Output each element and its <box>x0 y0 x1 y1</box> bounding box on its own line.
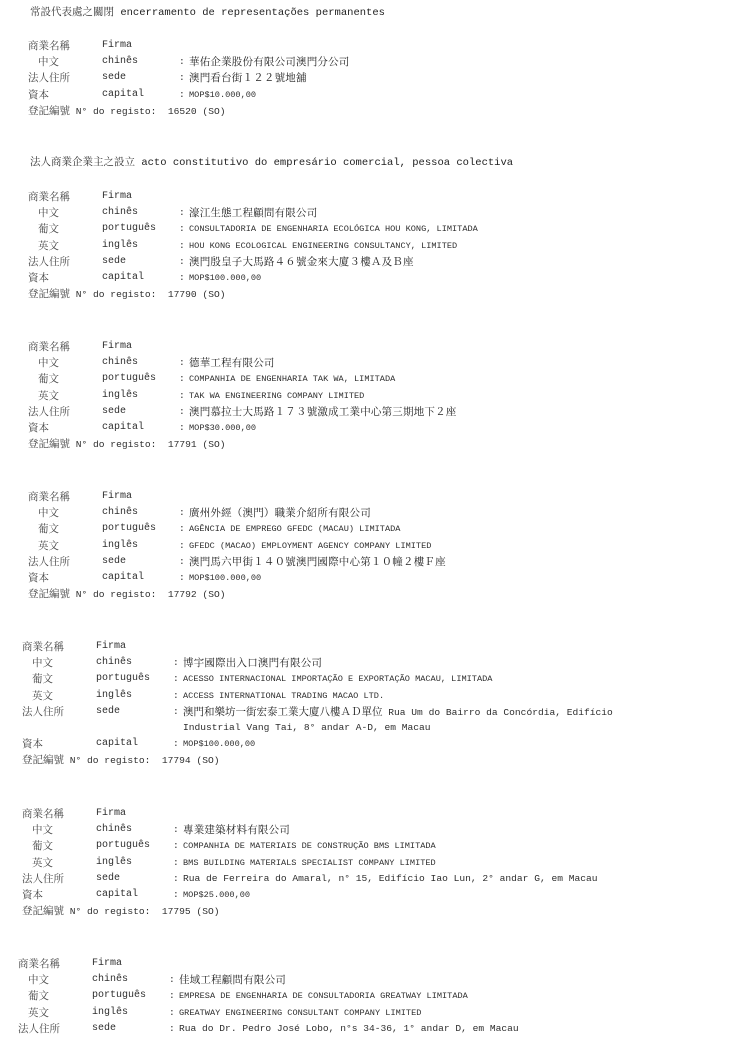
label-sede-zh: 法人住所 <box>28 70 70 86</box>
colon: : <box>173 855 179 871</box>
label-sede-pt: sede <box>102 404 126 420</box>
label-sede-zh: 法人住所 <box>28 254 70 270</box>
value-capital: MOP$10.000,00 <box>189 87 256 103</box>
label-capital-pt: capital <box>102 570 144 586</box>
label-portugues-pt: português <box>102 221 156 237</box>
heading-zh: 常設代表處之關閉 <box>30 6 114 18</box>
colon: : <box>179 238 185 254</box>
colon: : <box>179 505 185 521</box>
label-chines-pt: chinês <box>92 972 128 988</box>
value-sede-line2: Industrial Vang Tai, 8° andar A-D, em Ma… <box>183 720 431 736</box>
value-sede: 澳門馬六甲街１４０號澳門國際中心第１０幢２樓Ｆ座 <box>189 554 446 570</box>
label-chines-pt: chinês <box>102 505 138 521</box>
colon: : <box>173 822 179 838</box>
label-registo-zh: 登記編號 <box>22 905 64 917</box>
label-chines-zh: 中文 <box>38 505 59 521</box>
value-registo: 17794 (SO) <box>162 755 220 766</box>
label-registo-pt: N° do registo: <box>76 289 157 300</box>
value-sede-pt: Rua Um do Bairro da Concórdia, Edifício <box>388 707 613 718</box>
colon: : <box>179 205 185 221</box>
label-registo-pt: N° do registo: <box>76 106 157 117</box>
label-capital-zh: 資本 <box>22 736 43 752</box>
label-registo-pt: N° do registo: <box>76 439 157 450</box>
label-portugues-pt: português <box>96 671 150 687</box>
label-chines-pt: chinês <box>102 54 138 70</box>
value-portugues: ACESSO INTERNACIONAL IMPORTAÇÃO E EXPORT… <box>183 671 492 687</box>
value-ingles: ACCESS INTERNATIONAL TRADING MACAO LTD. <box>183 688 384 704</box>
value-chines: 博宇國際出入口澳門有限公司 <box>183 655 322 671</box>
colon: : <box>173 655 179 671</box>
label-ingles-zh: 英文 <box>38 538 59 554</box>
label-registo-zh: 登記編號 <box>28 588 70 600</box>
value-chines: 濠江生態工程顧問有限公司 <box>189 205 317 221</box>
colon: : <box>179 70 185 86</box>
value-portugues: CONSULTADORIA DE ENGENHARIA ECOLÓGICA HO… <box>189 221 478 237</box>
colon: : <box>173 736 179 752</box>
value-capital: MOP$30.000,00 <box>189 420 256 436</box>
label-portugues-pt: português <box>92 988 146 1004</box>
value-sede: Rua de Ferreira do Amaral, n° 15, Edifíc… <box>183 871 598 887</box>
label-ingles-pt: inglês <box>102 238 138 254</box>
value-chines: 華佑企業股份有限公司澳門分公司 <box>189 54 350 70</box>
colon: : <box>173 838 179 854</box>
label-ingles-zh: 英文 <box>28 1005 49 1021</box>
label-sede-zh: 法人住所 <box>22 871 64 887</box>
label-firma-zh: 商業名稱 <box>28 339 70 355</box>
value-registo: 17795 (SO) <box>162 906 220 917</box>
label-firma-pt: Firma <box>96 639 126 655</box>
heading-zh: 法人商業企業主之設立 <box>30 156 135 168</box>
label-firma-pt: Firma <box>102 339 132 355</box>
label-firma-pt: Firma <box>102 189 132 205</box>
colon: : <box>173 887 179 903</box>
label-capital-pt: capital <box>96 887 138 903</box>
label-ingles-pt: inglês <box>96 855 132 871</box>
label-firma-pt: Firma <box>92 956 122 972</box>
label-portugues-zh: 葡文 <box>32 838 53 854</box>
label-portugues-zh: 葡文 <box>38 521 59 537</box>
label-firma-pt: Firma <box>96 806 126 822</box>
label-firma-pt: Firma <box>102 38 132 54</box>
label-capital-zh: 資本 <box>28 420 49 436</box>
value-ingles: BMS BUILDING MATERIALS SPECIALIST COMPAN… <box>183 855 436 871</box>
label-chines-pt: chinês <box>96 822 132 838</box>
value-sede: 澳門看台街１２２號地舖 <box>189 70 307 86</box>
value-ingles: GREATWAY ENGINEERING CONSULTANT COMPANY … <box>179 1005 421 1021</box>
colon: : <box>179 554 185 570</box>
registo-line: 登記編號 N° do registo: 17792 (SO) <box>28 586 225 603</box>
value-capital: MOP$100.000,00 <box>189 570 261 586</box>
value-ingles: TAK WA ENGINEERING COMPANY LIMITED <box>189 388 364 404</box>
label-sede-pt: sede <box>92 1021 116 1037</box>
value-portugues: AGÊNCIA DE EMPREGO GFEDC (MACAU) LIMITAD… <box>189 521 400 537</box>
label-chines-zh: 中文 <box>32 655 53 671</box>
colon: : <box>179 420 185 436</box>
value-portugues: COMPANHIA DE ENGENHARIA TAK WA, LIMITADA <box>189 371 395 387</box>
label-capital-pt: capital <box>102 420 144 436</box>
label-chines-pt: chinês <box>96 655 132 671</box>
colon: : <box>179 355 185 371</box>
label-chines-zh: 中文 <box>38 54 59 70</box>
label-ingles-zh: 英文 <box>38 238 59 254</box>
label-registo-pt: N° do registo: <box>76 589 157 600</box>
colon: : <box>179 371 185 387</box>
label-firma-zh: 商業名稱 <box>28 38 70 54</box>
label-sede-zh: 法人住所 <box>18 1021 60 1037</box>
label-ingles-pt: inglês <box>92 1005 128 1021</box>
label-ingles-zh: 英文 <box>32 688 53 704</box>
label-firma-zh: 商業名稱 <box>22 639 64 655</box>
label-sede-zh: 法人住所 <box>28 404 70 420</box>
value-registo: 17792 (SO) <box>168 589 226 600</box>
value-capital: MOP$100.000,00 <box>183 736 255 752</box>
label-ingles-pt: inglês <box>102 538 138 554</box>
colon: : <box>179 87 185 103</box>
label-ingles-pt: inglês <box>102 388 138 404</box>
value-registo: 17790 (SO) <box>168 289 226 300</box>
value-registo: 17791 (SO) <box>168 439 226 450</box>
label-firma-zh: 商業名稱 <box>18 956 60 972</box>
value-portugues: EMPRESA DE ENGENHARIA DE CONSULTADORIA G… <box>179 988 468 1004</box>
value-ingles: HOU KONG ECOLOGICAL ENGINEERING CONSULTA… <box>189 238 457 254</box>
gazette-page: 常設代表處之關閉 encerramento de representações … <box>0 0 746 1053</box>
label-registo-zh: 登記編號 <box>28 105 70 117</box>
value-chines: 專業建築材料有限公司 <box>183 822 290 838</box>
label-capital-zh: 資本 <box>28 87 49 103</box>
colon: : <box>179 54 185 70</box>
label-registo-pt: N° do registo: <box>70 755 151 766</box>
colon: : <box>173 688 179 704</box>
colon: : <box>169 1005 175 1021</box>
label-chines-zh: 中文 <box>28 972 49 988</box>
label-ingles-zh: 英文 <box>38 388 59 404</box>
label-portugues-zh: 葡文 <box>38 221 59 237</box>
label-sede-pt: sede <box>102 254 126 270</box>
label-chines-pt: chinês <box>102 355 138 371</box>
registo-line: 登記編號 N° do registo: 17790 (SO) <box>28 286 225 303</box>
value-capital: MOP$100.000,00 <box>189 270 261 286</box>
registo-line: 登記編號 N° do registo: 17791 (SO) <box>28 436 225 453</box>
label-chines-zh: 中文 <box>38 205 59 221</box>
label-sede-pt: sede <box>102 554 126 570</box>
value-sede: 澳門殷皇子大馬路４６號金來大廈３樓Ａ及Ｂ座 <box>189 254 414 270</box>
value-capital: MOP$25.000,00 <box>183 887 250 903</box>
value-sede-zh: 澳門和樂坊一街宏泰工業大廈八樓ＡＤ單位 <box>183 706 383 718</box>
label-chines-zh: 中文 <box>38 355 59 371</box>
label-ingles-pt: inglês <box>96 688 132 704</box>
label-registo-pt: N° do registo: <box>70 906 151 917</box>
label-sede-zh: 法人住所 <box>22 704 64 720</box>
label-firma-zh: 商業名稱 <box>22 806 64 822</box>
colon: : <box>169 988 175 1004</box>
colon: : <box>179 538 185 554</box>
label-sede-pt: sede <box>96 871 120 887</box>
colon: : <box>179 404 185 420</box>
label-chines-zh: 中文 <box>32 822 53 838</box>
section-heading-closure: 常設代表處之關閉 encerramento de representações … <box>30 4 385 19</box>
label-portugues-zh: 葡文 <box>28 988 49 1004</box>
label-capital-zh: 資本 <box>28 270 49 286</box>
colon: : <box>173 704 179 720</box>
label-portugues-pt: português <box>96 838 150 854</box>
colon: : <box>179 254 185 270</box>
value-portugues: COMPANHIA DE MATERIAIS DE CONSTRUÇÃO BMS… <box>183 838 436 854</box>
colon: : <box>173 871 179 887</box>
label-firma-pt: Firma <box>102 489 132 505</box>
registo-line: 登記編號 N° do registo: 17794 (SO) <box>22 752 219 769</box>
label-ingles-zh: 英文 <box>32 855 53 871</box>
label-capital-pt: capital <box>96 736 138 752</box>
colon: : <box>169 1021 175 1037</box>
value-chines: 德華工程有限公司 <box>189 355 275 371</box>
label-firma-zh: 商業名稱 <box>28 489 70 505</box>
label-capital-zh: 資本 <box>22 887 43 903</box>
colon: : <box>179 270 185 286</box>
value-chines: 廣州外經（澳門）職業介紹所有限公司 <box>189 505 371 521</box>
colon: : <box>179 221 185 237</box>
value-sede: 澳門慕拉士大馬路１７３號激成工業中心第三期地下２座 <box>189 404 457 420</box>
colon: : <box>179 570 185 586</box>
label-sede-zh: 法人住所 <box>28 554 70 570</box>
section-heading-constitution: 法人商業企業主之設立 acto constitutivo do empresár… <box>30 154 513 169</box>
registo-line: 登記編號 N° do registo: 16520 (SO) <box>28 103 225 120</box>
heading-pt: acto constitutivo do empresário comercia… <box>141 157 513 169</box>
label-sede-pt: sede <box>102 70 126 86</box>
label-capital-zh: 資本 <box>28 570 49 586</box>
label-chines-pt: chinês <box>102 205 138 221</box>
label-portugues-pt: português <box>102 521 156 537</box>
label-registo-zh: 登記編號 <box>22 754 64 766</box>
value-chines: 佳域工程顧問有限公司 <box>179 972 286 988</box>
colon: : <box>169 972 175 988</box>
label-firma-zh: 商業名稱 <box>28 189 70 205</box>
label-registo-zh: 登記編號 <box>28 288 70 300</box>
label-capital-pt: capital <box>102 270 144 286</box>
registo-line: 登記編號 N° do registo: 17795 (SO) <box>22 903 219 920</box>
colon: : <box>179 521 185 537</box>
colon: : <box>173 671 179 687</box>
label-sede-pt: sede <box>96 704 120 720</box>
colon: : <box>179 388 185 404</box>
label-capital-pt: capital <box>102 87 144 103</box>
value-sede: 澳門和樂坊一街宏泰工業大廈八樓ＡＤ單位 Rua Um do Bairro da … <box>183 704 613 721</box>
heading-pt: encerramento de representações permanent… <box>120 7 385 19</box>
label-registo-zh: 登記編號 <box>28 438 70 450</box>
value-sede: Rua do Dr. Pedro José Lobo, n°s 34-36, 1… <box>179 1021 519 1037</box>
label-portugues-zh: 葡文 <box>32 671 53 687</box>
value-ingles: GFEDC (MACAO) EMPLOYMENT AGENCY COMPANY … <box>189 538 431 554</box>
value-registo: 16520 (SO) <box>168 106 226 117</box>
label-portugues-zh: 葡文 <box>38 371 59 387</box>
label-portugues-pt: português <box>102 371 156 387</box>
